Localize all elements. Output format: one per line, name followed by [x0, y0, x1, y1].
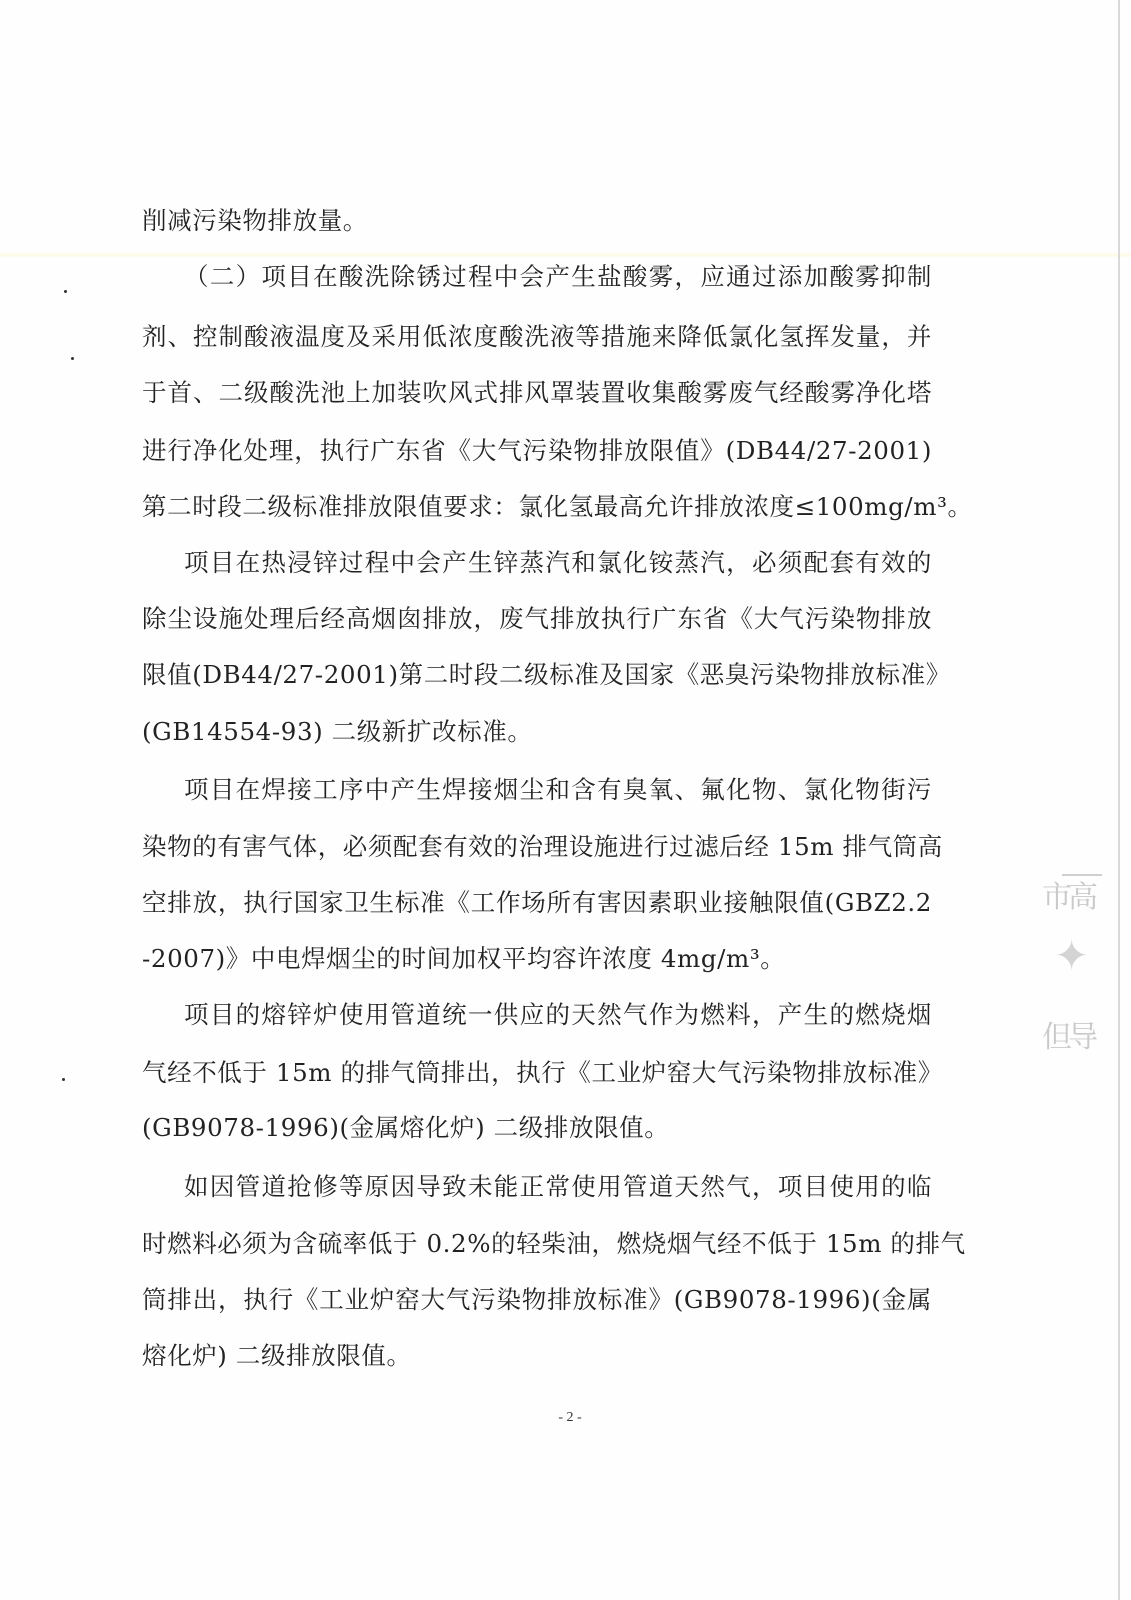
- stamp-bottom-text: 但导: [1042, 1018, 1094, 1058]
- seal-stamp: 市高 ✦ 但导: [1040, 870, 1110, 1070]
- scan-edge-line: [1118, 0, 1120, 1600]
- text-line-11: 项目在焊接工序中产生焊接烟尘和含有臭氧、氟化物、氯化物街污: [184, 775, 932, 805]
- text-line-13: 空排放，执行国家卫生标准《工作场所有害因素职业接触限值(GBZ2.2: [142, 888, 932, 918]
- text-line-20: 筒排出，执行《工业炉窑大气污染物排放标准》(GB9078-1996)(金属: [142, 1285, 932, 1315]
- text-line-16: 气经不低于 15m 的排气筒排出，执行《工业炉窑大气污染物排放标准》: [142, 1058, 932, 1088]
- text-line-14: -2007)》中电焊烟尘的时间加权平均容许浓度 4mg/m³。: [142, 944, 932, 974]
- page-number: - 2 -: [545, 1410, 595, 1426]
- star-icon: ✦: [1054, 936, 1089, 976]
- text-line-12: 染物的有害气体，必须配套有效的治理设施进行过滤后经 15m 排气筒高: [142, 832, 932, 862]
- text-line-21: 熔化炉) 二级排放限值。: [142, 1341, 932, 1371]
- text-line-5: 进行净化处理，执行广东省《大气污染物排放限值》(DB44/27-2001): [142, 436, 932, 466]
- stamp-bar: [1062, 874, 1102, 876]
- text-line-4: 于首、二级酸洗池上加装吹风式排风罩装置收集酸雾废气经酸雾净化塔: [142, 378, 932, 408]
- text-line-6: 第二时段二级标准排放限值要求：氯化氢最高允许排放浓度≤100mg/m³。: [142, 492, 932, 522]
- text-line-7: 项目在热浸锌过程中会产生锌蒸汽和氯化铵蒸汽，必须配套有效的: [184, 548, 932, 578]
- scan-speck: [64, 290, 67, 293]
- text-line-1: 削减污染物排放量。: [142, 206, 932, 236]
- stamp-top-text: 市高: [1042, 878, 1094, 918]
- text-line-9: 限值(DB44/27-2001)第二时段二级标准及国家《恶臭污染物排放标准》: [142, 660, 932, 690]
- text-line-19: 时燃料必须为含硫率低于 0.2%的轻柴油，燃烧烟气经不低于 15m 的排气: [142, 1229, 932, 1259]
- scan-artifact-band: [0, 252, 1131, 258]
- text-line-15: 项目的熔锌炉使用管道统一供应的天然气作为燃料，产生的燃烧烟: [184, 1000, 932, 1030]
- scan-speck: [62, 1078, 65, 1081]
- text-line-8: 除尘设施处理后经高烟囱排放，废气排放执行广东省《大气污染物排放: [142, 604, 932, 634]
- text-line-17: (GB9078-1996)(金属熔化炉) 二级排放限值。: [142, 1113, 932, 1143]
- scan-speck: [71, 357, 74, 360]
- text-line-18: 如因管道抢修等原因导致未能正常使用管道天然气，项目使用的临: [184, 1172, 932, 1202]
- text-line-2: （二）项目在酸洗除锈过程中会产生盐酸雾，应通过添加酸雾抑制: [184, 262, 932, 292]
- text-line-3: 剂、控制酸液温度及采用低浓度酸洗液等措施来降低氯化氢挥发量，并: [142, 322, 932, 352]
- text-line-10: (GB14554-93) 二级新扩改标准。: [142, 717, 932, 747]
- document-page: 削减污染物排放量。 （二）项目在酸洗除锈过程中会产生盐酸雾，应通过添加酸雾抑制 …: [0, 0, 1131, 1600]
